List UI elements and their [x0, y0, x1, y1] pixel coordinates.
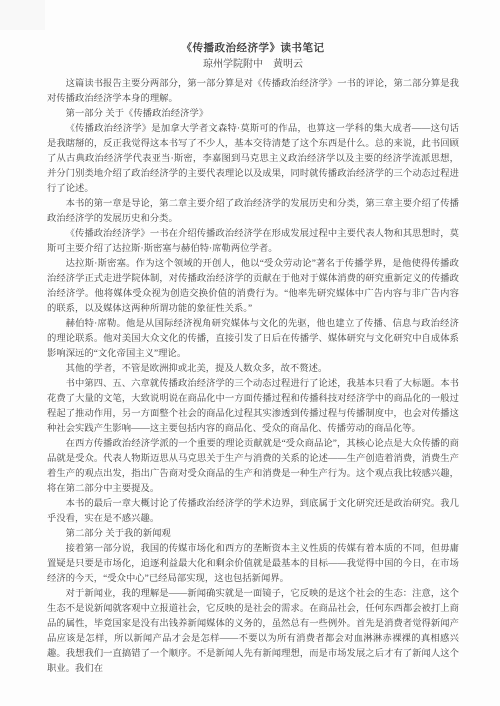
document-content: 《传播政治经济学》读书笔记 琼州学院附中 黄明云 这篇读书报告主要分两部分，第一…	[47, 41, 459, 677]
paragraph-intro: 这篇读书报告主要分两部分，第一部分算是对《传播政治经济学》一书的评论，第二部分算…	[47, 77, 459, 107]
paragraph: 对于新闻业，我的理解是——新闻确实就是一面镜子，它反映的是这个社会的生态：注意，…	[47, 587, 459, 677]
paragraph: 本书的最后一章大概讨论了传播政治经济学的学术边界，到底属于文化研究还是政治研究。…	[47, 497, 459, 527]
paragraph: 《传播政治经济学》是加拿大学者文森特·莫斯可的作品，也算这一学科的集大成者——这…	[47, 122, 459, 197]
section-heading-part1: 第一部分 关于《传播政治经济学》	[47, 107, 459, 122]
paragraph: 书中第四、五、六章就传播政治经济学的三个动态过程进行了论述，我基本只看了大标题。…	[47, 377, 459, 437]
document-title: 《传播政治经济学》读书笔记	[47, 41, 459, 57]
paragraph: 接着第一部分说，我国的传媒市场化和西方的垄断资本主义性质的传媒有着本质的不同，但…	[47, 542, 459, 587]
document-body: 这篇读书报告主要分两部分，第一部分算是对《传播政治经济学》一书的评论，第二部分算…	[47, 77, 459, 677]
paragraph: 在西方传播政治经济学派的一个重要的理论贡献就是“受众商品论”，其核心论点是大众传…	[47, 437, 459, 497]
paragraph: 其他的学者，不管是欧洲抑或北美，提及人数众多，故不赘述。	[47, 362, 459, 377]
document-page: 《传播政治经济学》读书笔记 琼州学院附中 黄明云 这篇读书报告主要分两部分，第一…	[0, 0, 500, 706]
document-byline: 琼州学院附中 黄明云	[47, 57, 459, 73]
scan-artifact	[0, 0, 45, 30]
paragraph: 达拉斯·斯密塞。作为这个领域的开创人，他以“受众劳动论”著名于传播学界，是他使得…	[47, 257, 459, 317]
paragraph: 《传播政治经济学》一书在介绍传播政治经济学在形成发展过程中主要代表人物和其思想时…	[47, 227, 459, 257]
document-header: 《传播政治经济学》读书笔记 琼州学院附中 黄明云	[47, 41, 459, 73]
paragraph: 本书的第一章是导论，第二章主要介绍了政治经济学的发展历史和分类，第三章主要介绍了…	[47, 197, 459, 227]
section-heading-part2: 第二部分 关于我的新闻观	[47, 527, 459, 542]
paragraph: 赫伯特·席勒。他是从国际经济视角研究媒体与文化的先驱，他也建立了传播、信息与政治…	[47, 317, 459, 362]
